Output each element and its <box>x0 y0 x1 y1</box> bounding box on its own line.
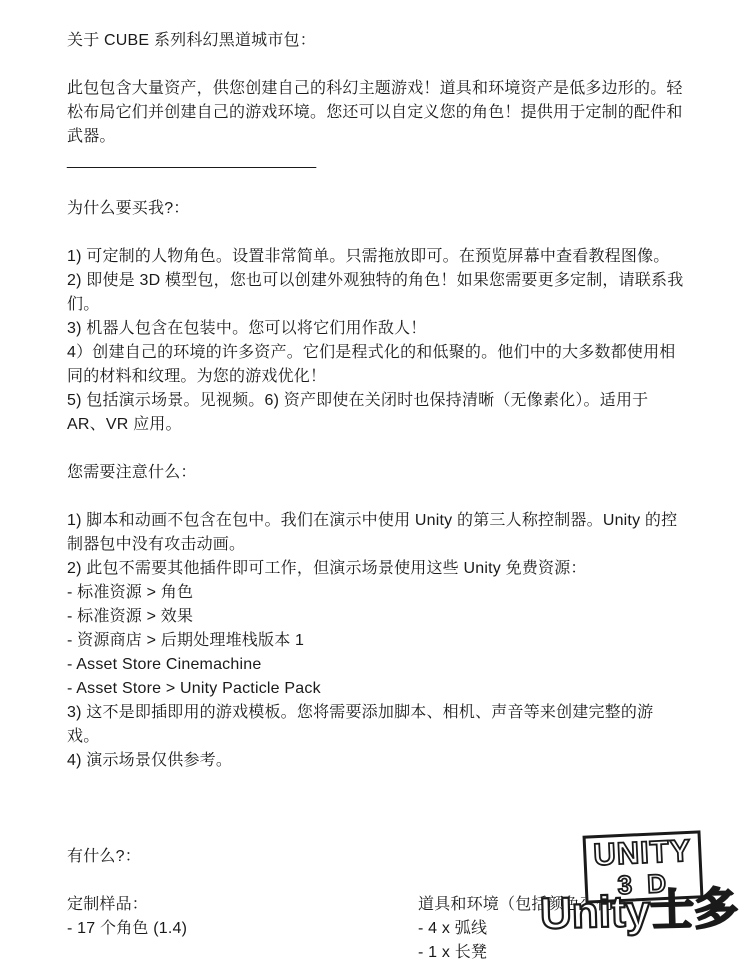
bullet-line: - Asset Store > Unity Pacticle Pack <box>67 677 685 701</box>
numbered-line: 2) 即使是 3D 模型包，您也可以创建外观独特的角色！如果您需要更多定制，请联… <box>67 269 685 293</box>
numbered-line: 1) 可定制的人物角色。设置非常简单。只需拖放即可。在预览屏幕中查看教程图像。 <box>67 245 685 269</box>
bullet-line: - 资源商店 > 后期处理堆栈版本 1 <box>67 629 685 653</box>
divider-underscores: ____________________________ <box>67 149 685 173</box>
about-title: 关于 CUBE 系列科幻黑道城市包： <box>67 29 685 53</box>
numbered-line: 4）创建自己的环境的许多资产。它们是程式化的和低聚的。他们中的大多数都使用相 <box>67 341 685 365</box>
why-buy-list: 1) 可定制的人物角色。设置非常简单。只需拖放即可。在预览屏幕中查看教程图像。 … <box>67 245 685 437</box>
numbered-line: 3) 机器人包含在包装中。您可以将它们用作敌人！ <box>67 317 685 341</box>
why-buy-heading: 为什么要买我?： <box>67 197 685 221</box>
attention-heading: 您需要注意什么： <box>67 461 685 485</box>
badge-text-unity: UNITY <box>593 835 692 870</box>
numbered-line: 戏。 <box>67 725 685 749</box>
bullet-line: - Asset Store Cinemachine <box>67 653 685 677</box>
numbered-line: 们。 <box>67 293 685 317</box>
numbered-line: AR、VR 应用。 <box>67 413 685 437</box>
bullet-line: - 17 个角色 (1.4) <box>67 917 187 941</box>
custom-samples-column: 定制样品： - 17 个角色 (1.4) <box>67 893 187 941</box>
product-description-document: 关于 CUBE 系列科幻黑道城市包： 此包包含大量资产，供您创建自己的科幻主题游… <box>0 0 750 960</box>
numbered-line: 制器包中没有攻击动画。 <box>67 533 685 557</box>
numbered-line: 2) 此包不需要其他插件即可工作，但演示场景使用这些 Unity 免费资源： <box>67 557 685 581</box>
column-heading: 定制样品： <box>67 893 187 917</box>
attention-list: 1) 脚本和动画不包含在包中。我们在演示中使用 Unity 的第三人称控制器。U… <box>67 509 685 773</box>
numbered-line: 1) 脚本和动画不包含在包中。我们在演示中使用 Unity 的第三人称控制器。U… <box>67 509 685 533</box>
numbered-line: 3) 这不是即插即用的游戏模板。您将需要添加脚本、相机、声音等来创建完整的游 <box>67 701 685 725</box>
text-line: 松布局它们并创建自己的游戏环境。您还可以自定义您的角色！提供用于定制的配件和 <box>67 101 685 125</box>
text-line: 武器。 <box>67 125 685 149</box>
numbered-line: 4) 演示场景仅供参考。 <box>67 749 685 773</box>
text-line: 此包包含大量资产，供您创建自己的科幻主题游戏！道具和环境资产是低多边形的。轻 <box>67 77 685 101</box>
numbered-line: 5) 包括演示场景。见视频。6) 资产即使在关闭时也保持清晰（无像素化）。适用于 <box>67 389 685 413</box>
unity-shop-brand-watermark: Unity士多 <box>539 883 738 941</box>
bullet-line: - 标准资源 > 角色 <box>67 581 685 605</box>
bullet-line: - 1 x 长凳 <box>418 941 637 960</box>
numbered-line: 同的材料和纹理。为您的游戏优化！ <box>67 365 685 389</box>
about-paragraph: 此包包含大量资产，供您创建自己的科幻主题游戏！道具和环境资产是低多边形的。轻 松… <box>67 77 685 173</box>
bullet-line: - 标准资源 > 效果 <box>67 605 685 629</box>
